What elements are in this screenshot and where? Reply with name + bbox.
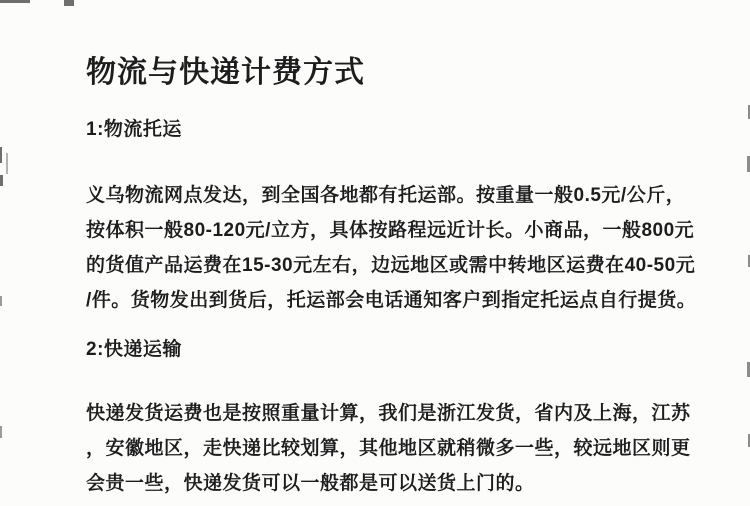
scan-artifact [0,426,2,438]
text-line: 快递发货运费也是按照重量计算，我们是浙江发货，省内及上海，江苏 [86,396,706,431]
text-line: 义乌物流网点发达，到全国各地都有托运部。按重量一般0.5元/公斤， [86,178,706,213]
text-line: /件。货物发出到货后，托运部会电话通知客户到指定托运点自行提货。 [86,283,706,318]
scan-artifact [0,147,2,163]
document-page: 物流与快递计费方式 1:物流托运 义乌物流网点发达，到全国各地都有托运部。按重量… [0,0,750,506]
paragraph-express: 快递发货运费也是按照重量计算，我们是浙江发货，省内及上海，江苏 ，安徽地区，走快… [86,396,706,501]
scan-artifact [64,0,74,6]
paragraph-logistics: 义乌物流网点发达，到全国各地都有托运部。按重量一般0.5元/公斤， 按体积一般8… [86,178,706,318]
page-title: 物流与快递计费方式 [86,47,365,91]
text-line: 会贵一些，快递发货可以一般都是可以送货上门的。 [86,466,706,501]
section-heading-logistics: 1:物流托运 [86,114,182,141]
text-line: ，安徽地区，走快递比较划算，其他地区就稍微多一些，较远地区则更 [86,431,706,466]
scan-artifact [0,0,30,3]
text-line: 的货值产品运费在15-30元左右，边远地区或需中转地区运费在40-50元 [86,248,706,283]
section-heading-express: 2:快递运输 [86,334,182,361]
scan-artifact [6,153,8,174]
text-line: 按体积一般80-120元/立方，具体按路程远近计长。小商品，一般800元 [86,213,706,248]
scan-artifact [0,296,2,306]
scan-artifact [0,175,3,186]
